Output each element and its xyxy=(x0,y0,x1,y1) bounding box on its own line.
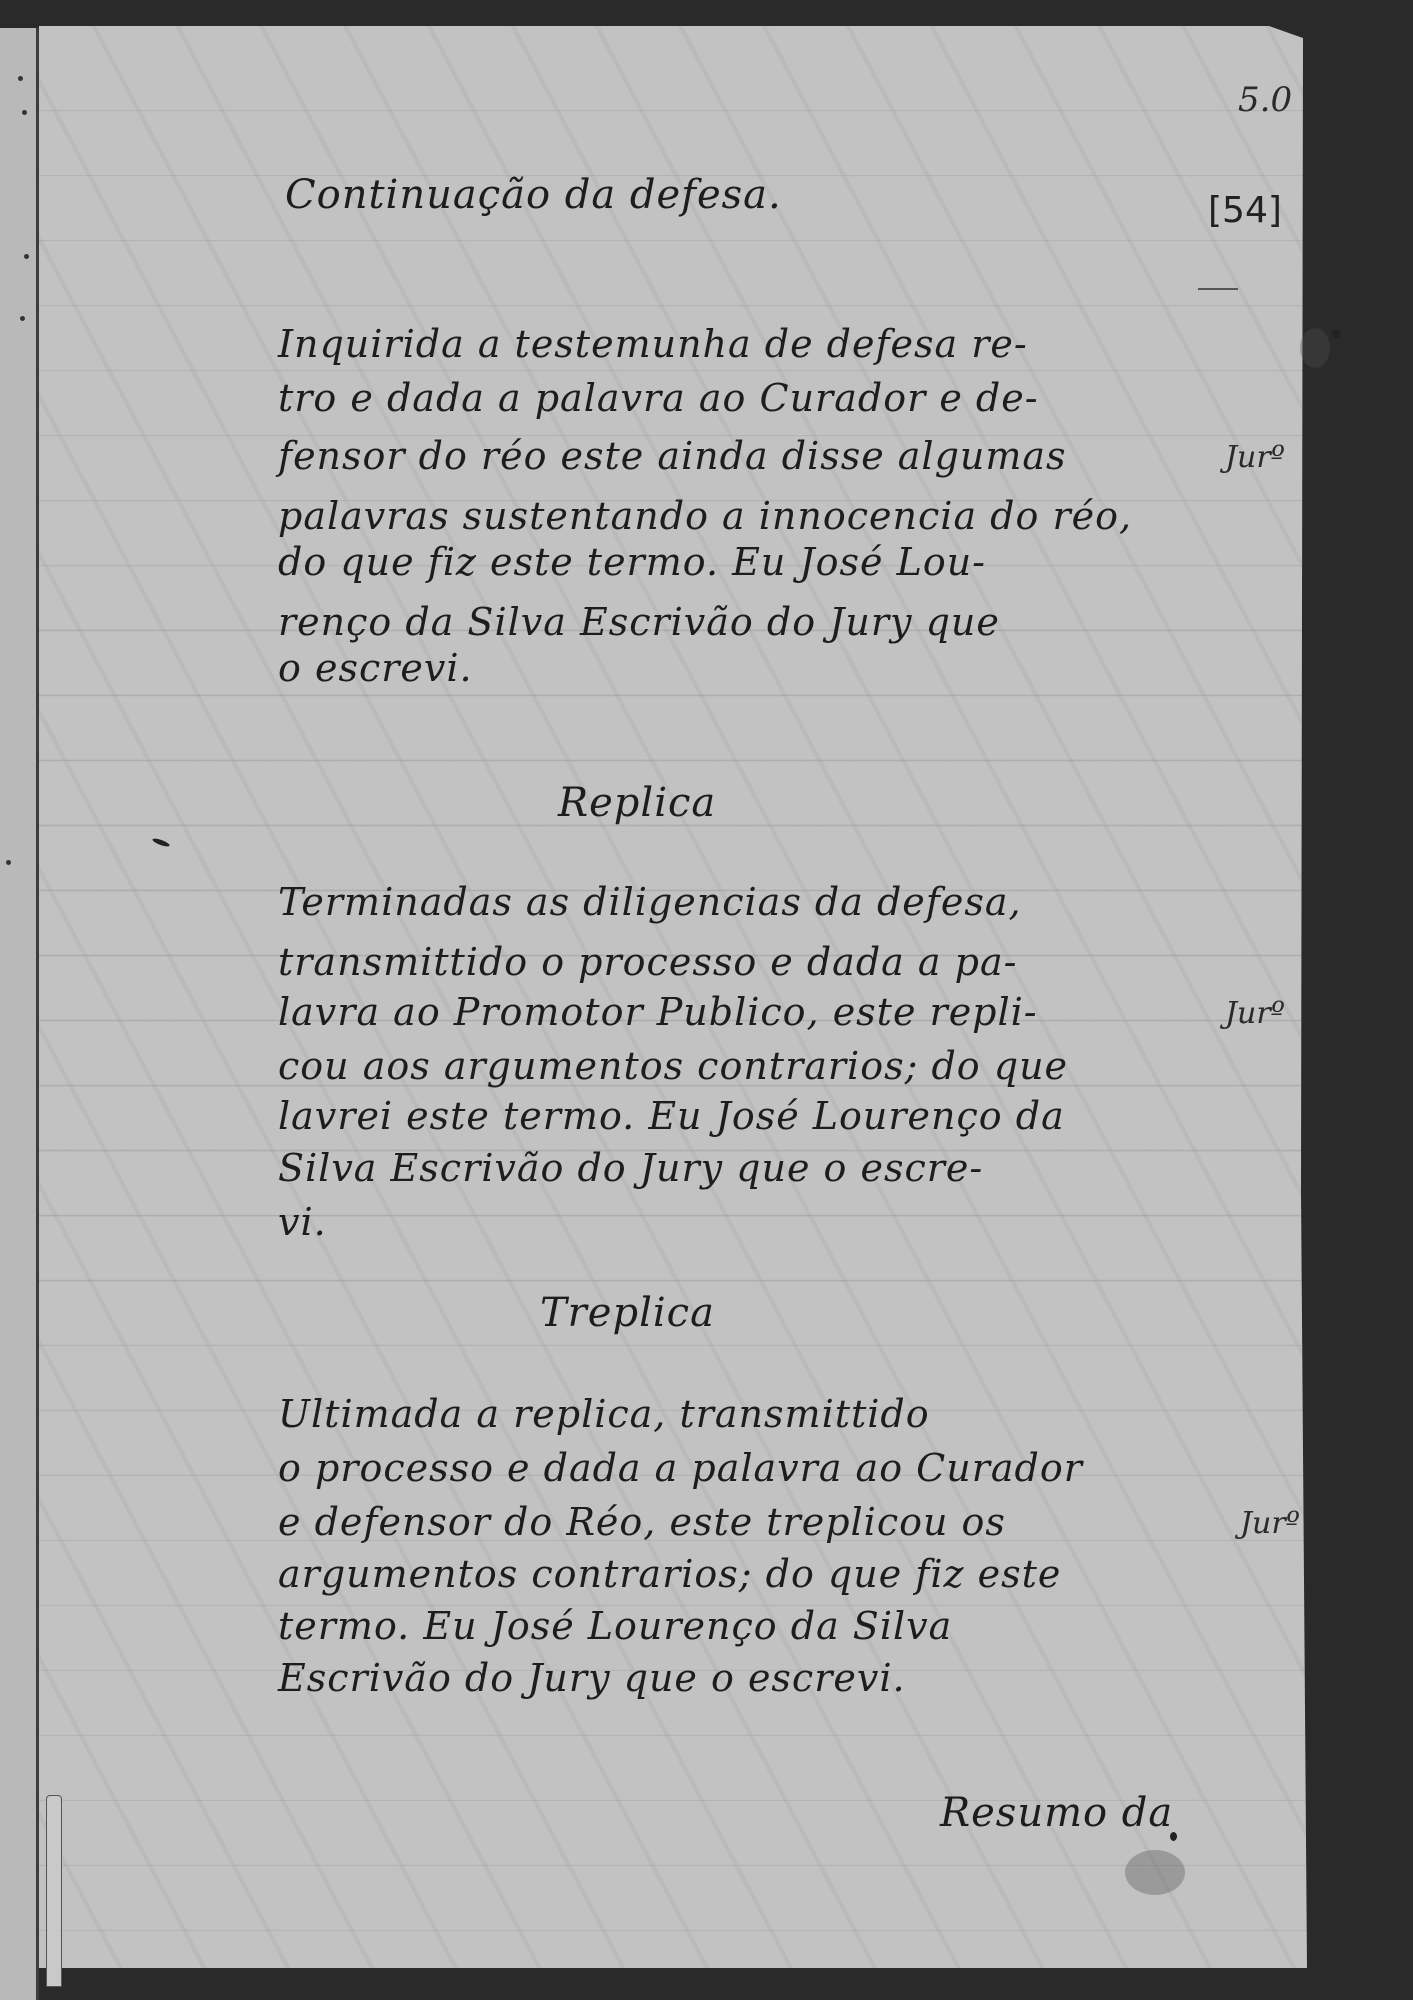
ink-speck xyxy=(1332,330,1340,338)
text-line: o escrevi. xyxy=(278,646,473,690)
text-line: transmittido o processo e dada a pa- xyxy=(278,940,1017,984)
text-line: o processo e dada a palavra ao Curador xyxy=(278,1446,1083,1490)
document-title: Continuação da defesa. xyxy=(285,172,782,218)
page-stamp-number: [54] xyxy=(1208,190,1282,231)
text-line: vi. xyxy=(278,1200,327,1244)
text-line: Ultimada a replica, transmittido xyxy=(278,1392,930,1436)
section-heading-treplica: Treplica xyxy=(540,1290,715,1336)
text-line: lavra ao Promotor Publico, este repli- xyxy=(278,990,1038,1034)
stamp-underline xyxy=(1198,288,1238,290)
text-line: termo. Eu José Lourenço da Silva xyxy=(278,1604,952,1648)
text-line: e defensor do Réo, este treplicou os xyxy=(278,1500,1006,1544)
ink-stain xyxy=(1125,1850,1185,1895)
text-line: palavras sustentando a innocencia do réo… xyxy=(278,494,1132,538)
text-line: Escrivão do Jury que o escrevi. xyxy=(278,1656,906,1700)
facing-page-edge xyxy=(0,28,38,2000)
text-line: tro e dada a palavra ao Curador e de- xyxy=(278,376,1039,420)
text-line: cou aos argumentos contrarios; do que xyxy=(278,1044,1068,1088)
margin-note: Jurº xyxy=(1225,440,1285,475)
text-line: renço da Silva Escrivão do Jury que xyxy=(278,600,1000,644)
ink-stain xyxy=(1300,328,1330,368)
margin-note: Jurº xyxy=(1240,1506,1300,1541)
text-line: lavrei este termo. Eu José Lourenço da xyxy=(278,1094,1065,1138)
margin-note: Jurº xyxy=(1225,996,1285,1031)
section-heading-replica: Replica xyxy=(558,780,716,826)
text-line: fensor do réo este ainda disse algumas xyxy=(278,434,1067,478)
text-line: Inquirida a testemunha de defesa re- xyxy=(278,322,1028,366)
text-line: argumentos contrarios; do que fiz este xyxy=(278,1552,1061,1596)
binding-tab xyxy=(46,1795,62,1987)
text-line: Terminadas as diligencias da defesa, xyxy=(278,880,1022,924)
catchword: Resumo da xyxy=(940,1790,1173,1836)
folio-number: 5.0 xyxy=(1238,80,1292,120)
text-line: do que fiz este termo. Eu José Lou- xyxy=(278,540,986,584)
text-line: Silva Escrivão do Jury que o escre- xyxy=(278,1146,983,1190)
book-spine xyxy=(36,28,39,2000)
